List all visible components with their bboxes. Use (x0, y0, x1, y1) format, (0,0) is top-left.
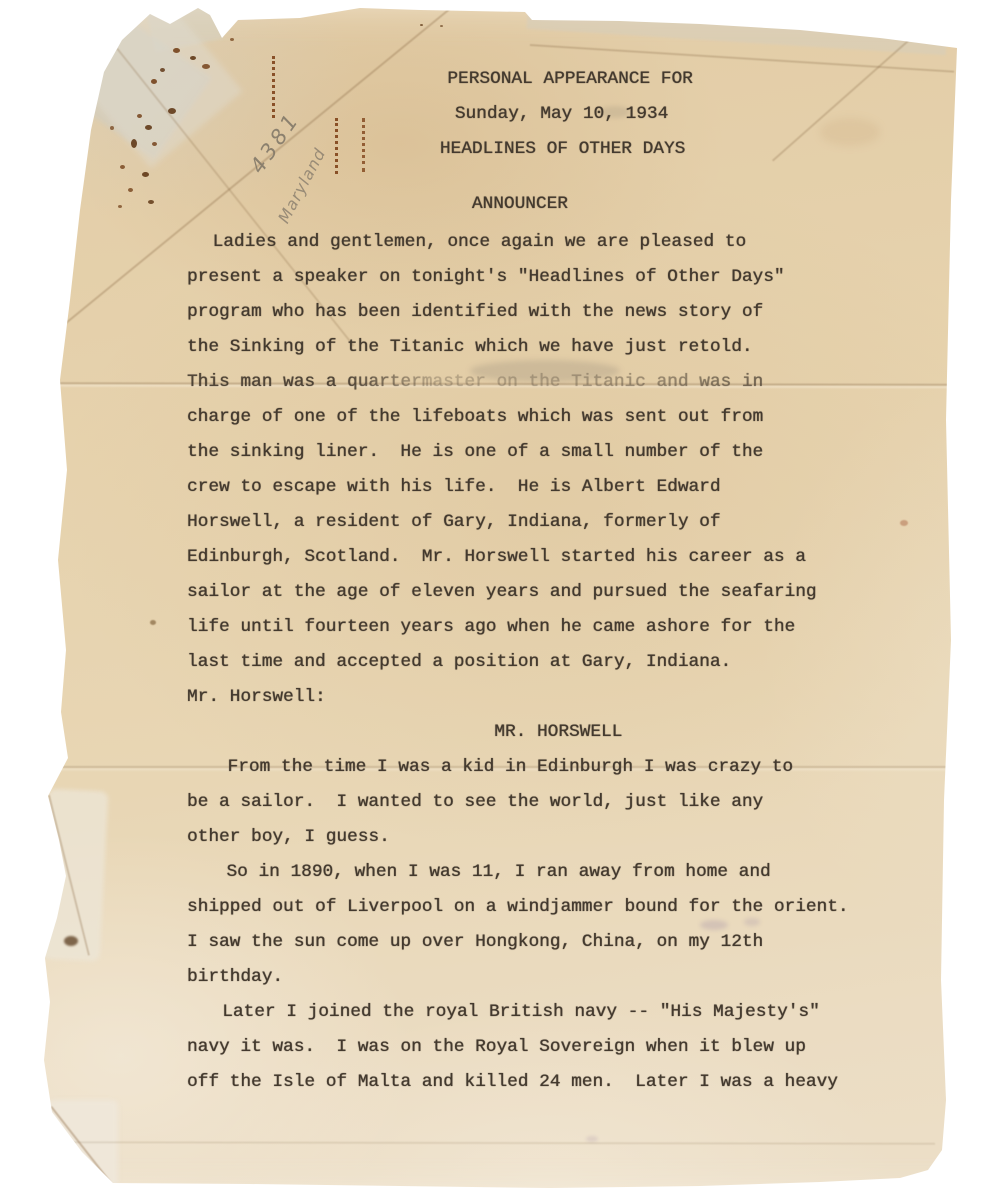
crease-line (49, 795, 90, 955)
rust-stain (120, 165, 125, 169)
rust-stain (142, 172, 149, 177)
horswell-line-1: From the time I was a kid in Edinburgh I… (187, 750, 907, 785)
rust-stain (118, 205, 122, 208)
document-page: 4381 Maryland PERSONAL APPEARANCE FORSun… (0, 0, 1000, 1200)
typewritten-text: PERSONAL APPEARANCE FORSunday, May 10, 1… (187, 62, 907, 1100)
horswell-line-2: be a sailor. I wanted to see the world, … (187, 785, 907, 820)
purple-smudge (586, 1136, 598, 1142)
rust-stain (420, 24, 423, 26)
rust-stain (151, 79, 157, 84)
ink-stain (64, 936, 78, 946)
title-line-2-date: Sunday, May 10, 1934 (187, 97, 907, 132)
title-line-1: PERSONAL APPEARANCE FOR (187, 62, 907, 97)
rust-stain (230, 38, 234, 41)
horswell-line-6: I saw the sun come up over Hongkong, Chi… (187, 925, 907, 960)
title-line-3: HEADLINES OF OTHER DAYS (187, 132, 907, 167)
announcer-heading: ANNOUNCER (187, 187, 907, 222)
horswell-line-4: So in 1890, when I was 11, I ran away fr… (187, 855, 907, 890)
rust-stain (440, 25, 443, 27)
rust-stain (160, 68, 165, 72)
horswell-line-7: birthday. (187, 960, 907, 995)
rust-stain (128, 188, 133, 192)
ink-stain (75, 1176, 82, 1182)
rust-stain (190, 56, 196, 60)
rust-stain (131, 139, 137, 148)
announcer-line-1: Ladies and gentlemen, once again we are … (187, 225, 907, 260)
scanned-document-scene: 4381 Maryland PERSONAL APPEARANCE FORSun… (0, 0, 1000, 1200)
announcer-line-13: last time and accepted a position at Gar… (187, 645, 907, 680)
rust-stain (148, 200, 154, 204)
horswell-line-9: navy it was. I was on the Royal Sovereig… (187, 1030, 907, 1065)
fold-flap (40, 789, 109, 962)
announcer-line-2: present a speaker on tonight's "Headline… (187, 260, 907, 295)
rust-stain (137, 114, 142, 118)
rust-stain (173, 48, 180, 53)
announcer-line-4: the Sinking of the Titanic which we have… (187, 330, 907, 365)
announcer-line-9: Horswell, a resident of Gary, Indiana, f… (187, 505, 907, 540)
rust-stain (110, 126, 114, 130)
announcer-line-10: Edinburgh, Scotland. Mr. Horswell starte… (187, 540, 907, 575)
announcer-line-11: sailor at the age of eleven years and pu… (187, 575, 907, 610)
tape-piece (147, 0, 224, 53)
crease-line (55, 1141, 935, 1144)
horswell-heading: MR. HORSWELL (187, 715, 907, 750)
horswell-line-3: other boy, I guess. (187, 820, 907, 855)
ink-stain (150, 620, 156, 625)
tape-strip (526, 0, 947, 55)
rust-stain (145, 125, 152, 130)
announcer-line-7: the sinking liner. He is one of a small … (187, 435, 907, 470)
announcer-line-6: charge of one of the lifeboats which was… (187, 400, 907, 435)
fold-flap (48, 1100, 118, 1188)
announcer-line-14: Mr. Horswell: (187, 680, 907, 715)
horswell-line-10: off the Isle of Malta and killed 24 men.… (187, 1065, 907, 1100)
horswell-line-5: shipped out of Liverpool on a windjammer… (187, 890, 907, 925)
horswell-line-8: Later I joined the royal British navy --… (187, 995, 907, 1030)
rust-stain (152, 142, 157, 146)
crease-line (50, 1106, 113, 1186)
rust-stain (168, 108, 176, 114)
announcer-line-8: crew to escape with his life. He is Albe… (187, 470, 907, 505)
announcer-line-3: program who has been identified with the… (187, 295, 907, 330)
announcer-line-12: life until fourteen years ago when he ca… (187, 610, 907, 645)
announcer-line-5: This man was a quartermaster on the Tita… (187, 365, 907, 400)
